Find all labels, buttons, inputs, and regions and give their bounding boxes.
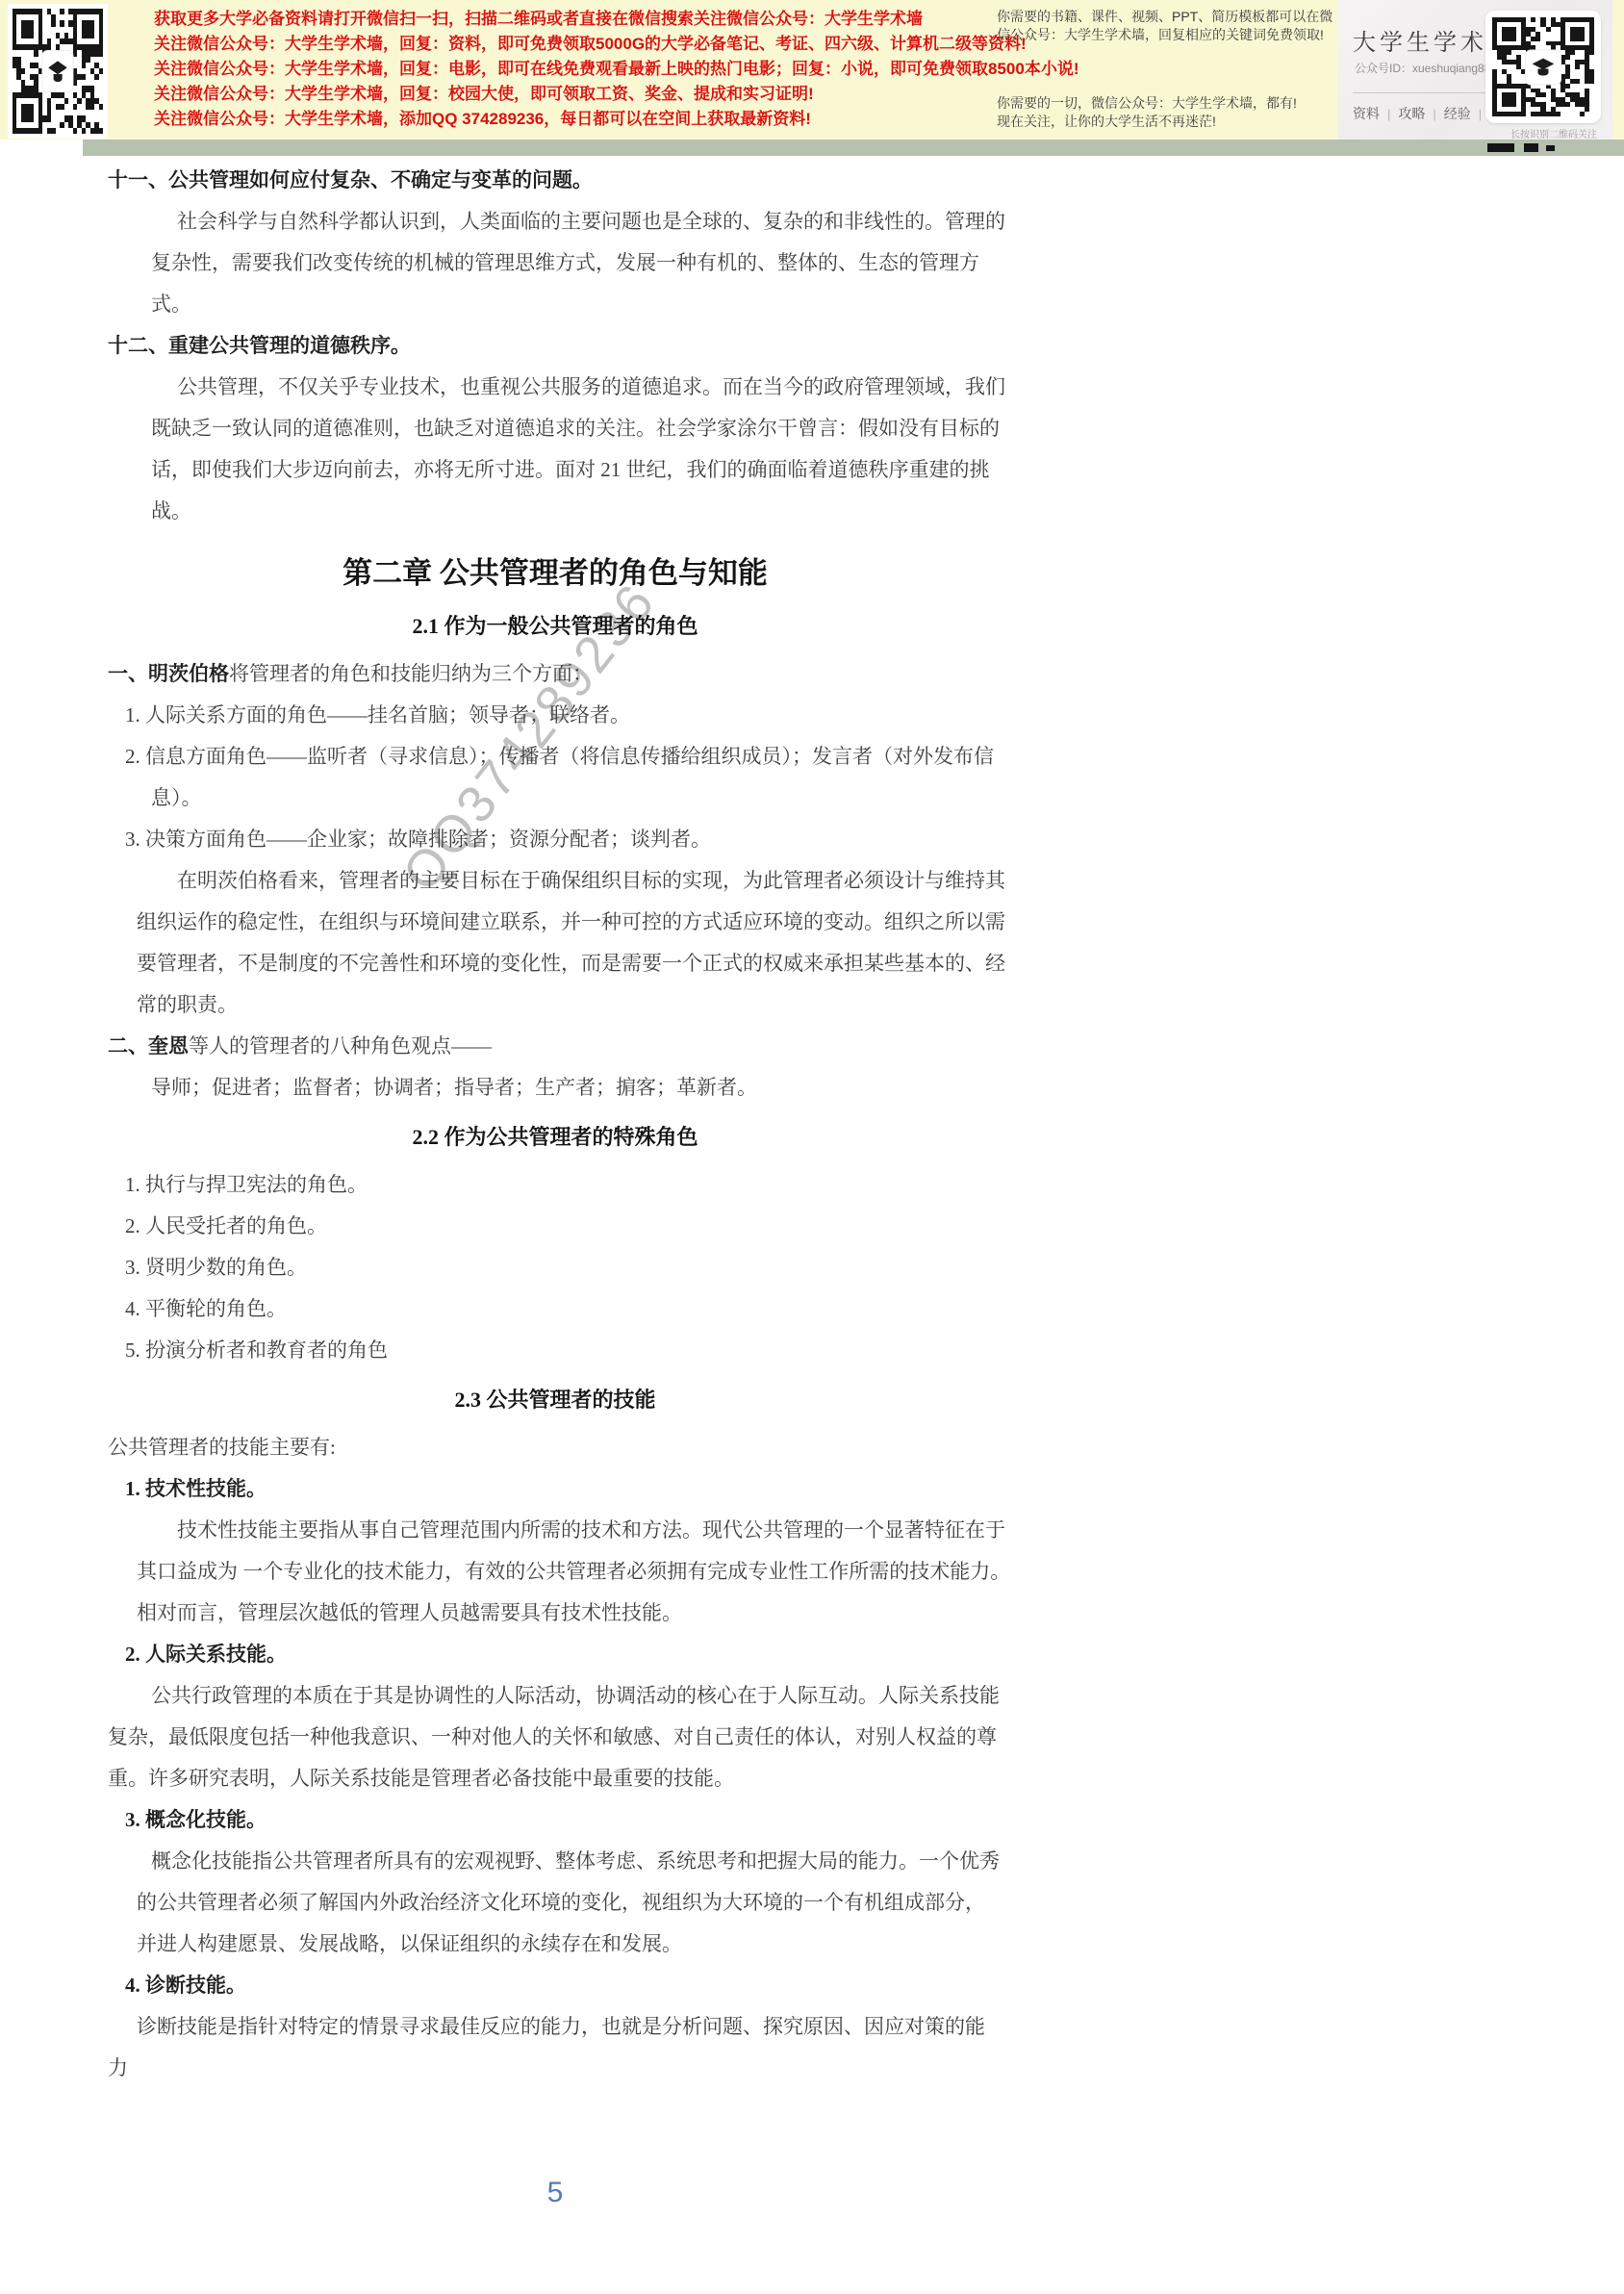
document-body: 十一、公共管理如何应付复杂、不确定与变革的问题。社会科学与自然科学都认识到，人类… [108, 160, 1002, 2089]
doc-line: 公共行政管理的本质在于其是协调性的人际活动，协调活动的核心在于人际互动。人际关系… [108, 1675, 1002, 1717]
tag-label: 经验 [1444, 104, 1471, 123]
doc-section: 2.1 作为一般公共管理者的角色 [108, 609, 1002, 644]
doc-heading: 十一、公共管理如何应付复杂、不确定与变革的问题。 [108, 160, 1002, 201]
promo-line: 关注微信公众号：大学生学术墙，回复：资料，即可免费领取5000G的大学必备笔记、… [154, 32, 1078, 57]
doc-line: 3. 贤明少数的角色。 [108, 1247, 1002, 1288]
doc-line: 力 [108, 2048, 1002, 2089]
graduation-cap-icon [1531, 57, 1555, 77]
strip-mark [1546, 145, 1555, 151]
doc-line: 1. 人际关系方面的角色——挂名首脑；领导者；联络者。 [108, 695, 1002, 736]
doc-heading: 十二、重建公共管理的道德秩序。 [108, 325, 1002, 367]
doc-line: 2. 信息方面角色——监听者（寻求信息）；传播者（将信息传播给组织成员）；发言者… [108, 736, 1002, 777]
qr-center-logo [42, 51, 72, 91]
doc-line: 诊断技能是指针对特定的情景寻求最佳反应的能力，也就是分析问题、探究原因、因应对策… [108, 2006, 1002, 2048]
strip-mark [1524, 143, 1538, 152]
tag-label: 攻略 [1398, 104, 1425, 123]
promo-line: 获取更多大学必备资料请打开微信扫一扫，扫描二维码或者直接在微信搜索关注微信公众号… [154, 7, 1078, 32]
promo-line: 关注微信公众号：大学生学术墙，回复：电影，即可在线免费观看最新上映的热门电影；回… [154, 57, 1078, 82]
promo-banner-text: 获取更多大学必备资料请打开微信扫一扫，扫描二维码或者直接在微信搜索关注微信公众号… [154, 7, 1078, 132]
page-number: 5 [108, 2177, 1002, 2209]
doc-line: 社会科学与自然科学都认识到，人类面临的主要问题也是全球的、复杂的和非线性的。管理… [108, 201, 1002, 242]
doc-section: 2.3 公共管理者的技能 [108, 1383, 1002, 1417]
doc-line: 战。 [108, 491, 1002, 532]
doc-line: 复杂性，需要我们改变传统的机械的管理思维方式，发展一种有机的、整体的、生态的管理… [108, 242, 1002, 284]
doc-heading: 2. 人际关系技能。 [108, 1634, 1002, 1675]
doc-line: 导师；促进者；监督者；协调者；指导者；生产者；掮客；革新者。 [108, 1067, 1002, 1109]
divider [1353, 92, 1495, 93]
promo-banner: 获取更多大学必备资料请打开微信扫一扫，扫描二维码或者直接在微信搜索关注微信公众号… [0, 0, 1624, 140]
doc-heading: 3. 概念化技能。 [108, 1799, 1002, 1841]
doc-line: 并进人构建愿景、发展战略，以保证组织的永续存在和发展。 [108, 1924, 1002, 1965]
notice-follow: 你需要的一切，微信公众号：大学生学术墙，都有! 现在关注，让你的大学生活不再迷茫… [997, 94, 1355, 131]
tag-separator: | [1433, 107, 1435, 121]
qr-code-left [8, 4, 108, 139]
doc-line: 3. 决策方面角色——企业家；故障排除者；资源分配者；谈判者。 [108, 819, 1002, 860]
strip-mark [1487, 143, 1514, 152]
doc-line: 2. 人民受托者的角色。 [108, 1206, 1002, 1247]
notice-follow-line1: 你需要的一切，微信公众号：大学生学术墙，都有! [997, 94, 1355, 113]
doc-line: 相对而言，管理层次越低的管理人员越需要具有技术性技能。 [108, 1593, 1002, 1634]
qr-caption: 长按识别二维码关注 [1510, 126, 1597, 140]
doc-line: 公共管理者的技能主要有: [108, 1427, 1002, 1468]
doc-line: 复杂，最低限度包括一种他我意识、一种对他人的关怀和敏感、对自己责任的体认，对别人… [108, 1717, 1002, 1758]
doc-section: 2.2 作为公共管理者的特殊角色 [108, 1120, 1002, 1155]
doc-line: 1. 执行与捍卫宪法的角色。 [108, 1164, 1002, 1206]
doc-line: 在明茨伯格看来，管理者的主要目标在于确保组织目标的实现，为此管理者必须设计与维持… [108, 860, 1002, 902]
doc-line: 4. 平衡轮的角色。 [108, 1288, 1002, 1330]
doc-line: 常的职责。 [108, 984, 1002, 1026]
account-id: 公众号ID：xueshuqiang8888 [1355, 60, 1504, 76]
doc-line: 技术性技能主要指从事自己管理范围内所需的技术和方法。现代公共管理的一个显著特征在… [108, 1510, 1002, 1551]
notice-follow-line2: 现在关注，让你的大学生活不再迷茫! [997, 113, 1355, 131]
scan-strip [83, 140, 1624, 156]
doc-line: 概念化技能指公共管理者所具有的宏观视野、整体考虑、系统思考和把握大局的能力。一个… [108, 1841, 1002, 1882]
qr-code-right [1485, 11, 1601, 123]
doc-line: 公共管理，不仅关乎专业技术，也重视公共服务的道德追求。而在当今的政府管理领域，我… [108, 367, 1002, 408]
tag-separator: | [1479, 107, 1482, 121]
doc-line: 的公共管理者必须了解国内外政治经济文化环境的变化，视组织为大环境的一个有机组成部… [108, 1882, 1002, 1924]
doc-chapter: 第二章 公共管理者的角色与知能 [108, 549, 1002, 598]
doc-rich: 二、奎恩等人的管理者的八种角色观点—— [108, 1026, 1002, 1067]
doc-line: 要管理者，不是制度的不完善性和环境的变化性，而是需要一个正式的权威来承担某些基本… [108, 943, 1002, 984]
doc-line: 重。许多研究表明，人际关系技能是管理者必备技能中最重要的技能。 [108, 1758, 1002, 1799]
doc-rich: 一、明茨伯格将管理者的角色和技能归纳为三个方面： [108, 653, 1002, 695]
graduation-cap-icon [47, 59, 68, 83]
tag-label: 资料 [1353, 104, 1380, 123]
notice-resources: 你需要的书籍、课件、视频、PPT、简历模板都可以在微信公众号：大学生学术墙，回复… [997, 8, 1335, 44]
doc-line: 话，即使我们大步迈向前去，亦将无所寸进。面对 21 世纪，我们的确面临着道德秩序… [108, 449, 1002, 491]
doc-line: 组织运作的稳定性，在组织与环境间建立联系，并一种可控的方式适应环境的变动。组织之… [108, 902, 1002, 943]
promo-line: 关注微信公众号：大学生学术墙，回复：校园大使，即可领取工资、奖金、提成和实习证明… [154, 82, 1078, 107]
doc-line: 既缺乏一致认同的道德准则，也缺乏对道德追求的关注。社会学家涂尔干曾言：假如没有目… [108, 408, 1002, 449]
doc-heading: 4. 诊断技能。 [108, 1965, 1002, 2006]
wechat-account-card: 大学生学术墙 公众号ID：xueshuqiang8888 资料|攻略|经验|未来… [1337, 0, 1612, 142]
doc-line: 式。 [108, 284, 1002, 325]
doc-line: 其口益成为 一个专业化的技术能力，有效的公共管理者必须拥有完成专业性工作所需的技… [108, 1551, 1002, 1593]
doc-line: 5. 扮演分析者和教育者的角色 [108, 1330, 1002, 1371]
doc-heading: 1. 技术性技能。 [108, 1468, 1002, 1510]
promo-line: 关注微信公众号：大学生学术墙，添加QQ 374289236，每日都可以在空间上获… [154, 107, 1078, 132]
tag-separator: | [1387, 107, 1390, 121]
qr-center-logo [1526, 50, 1561, 84]
doc-line: 息）。 [108, 777, 1002, 819]
